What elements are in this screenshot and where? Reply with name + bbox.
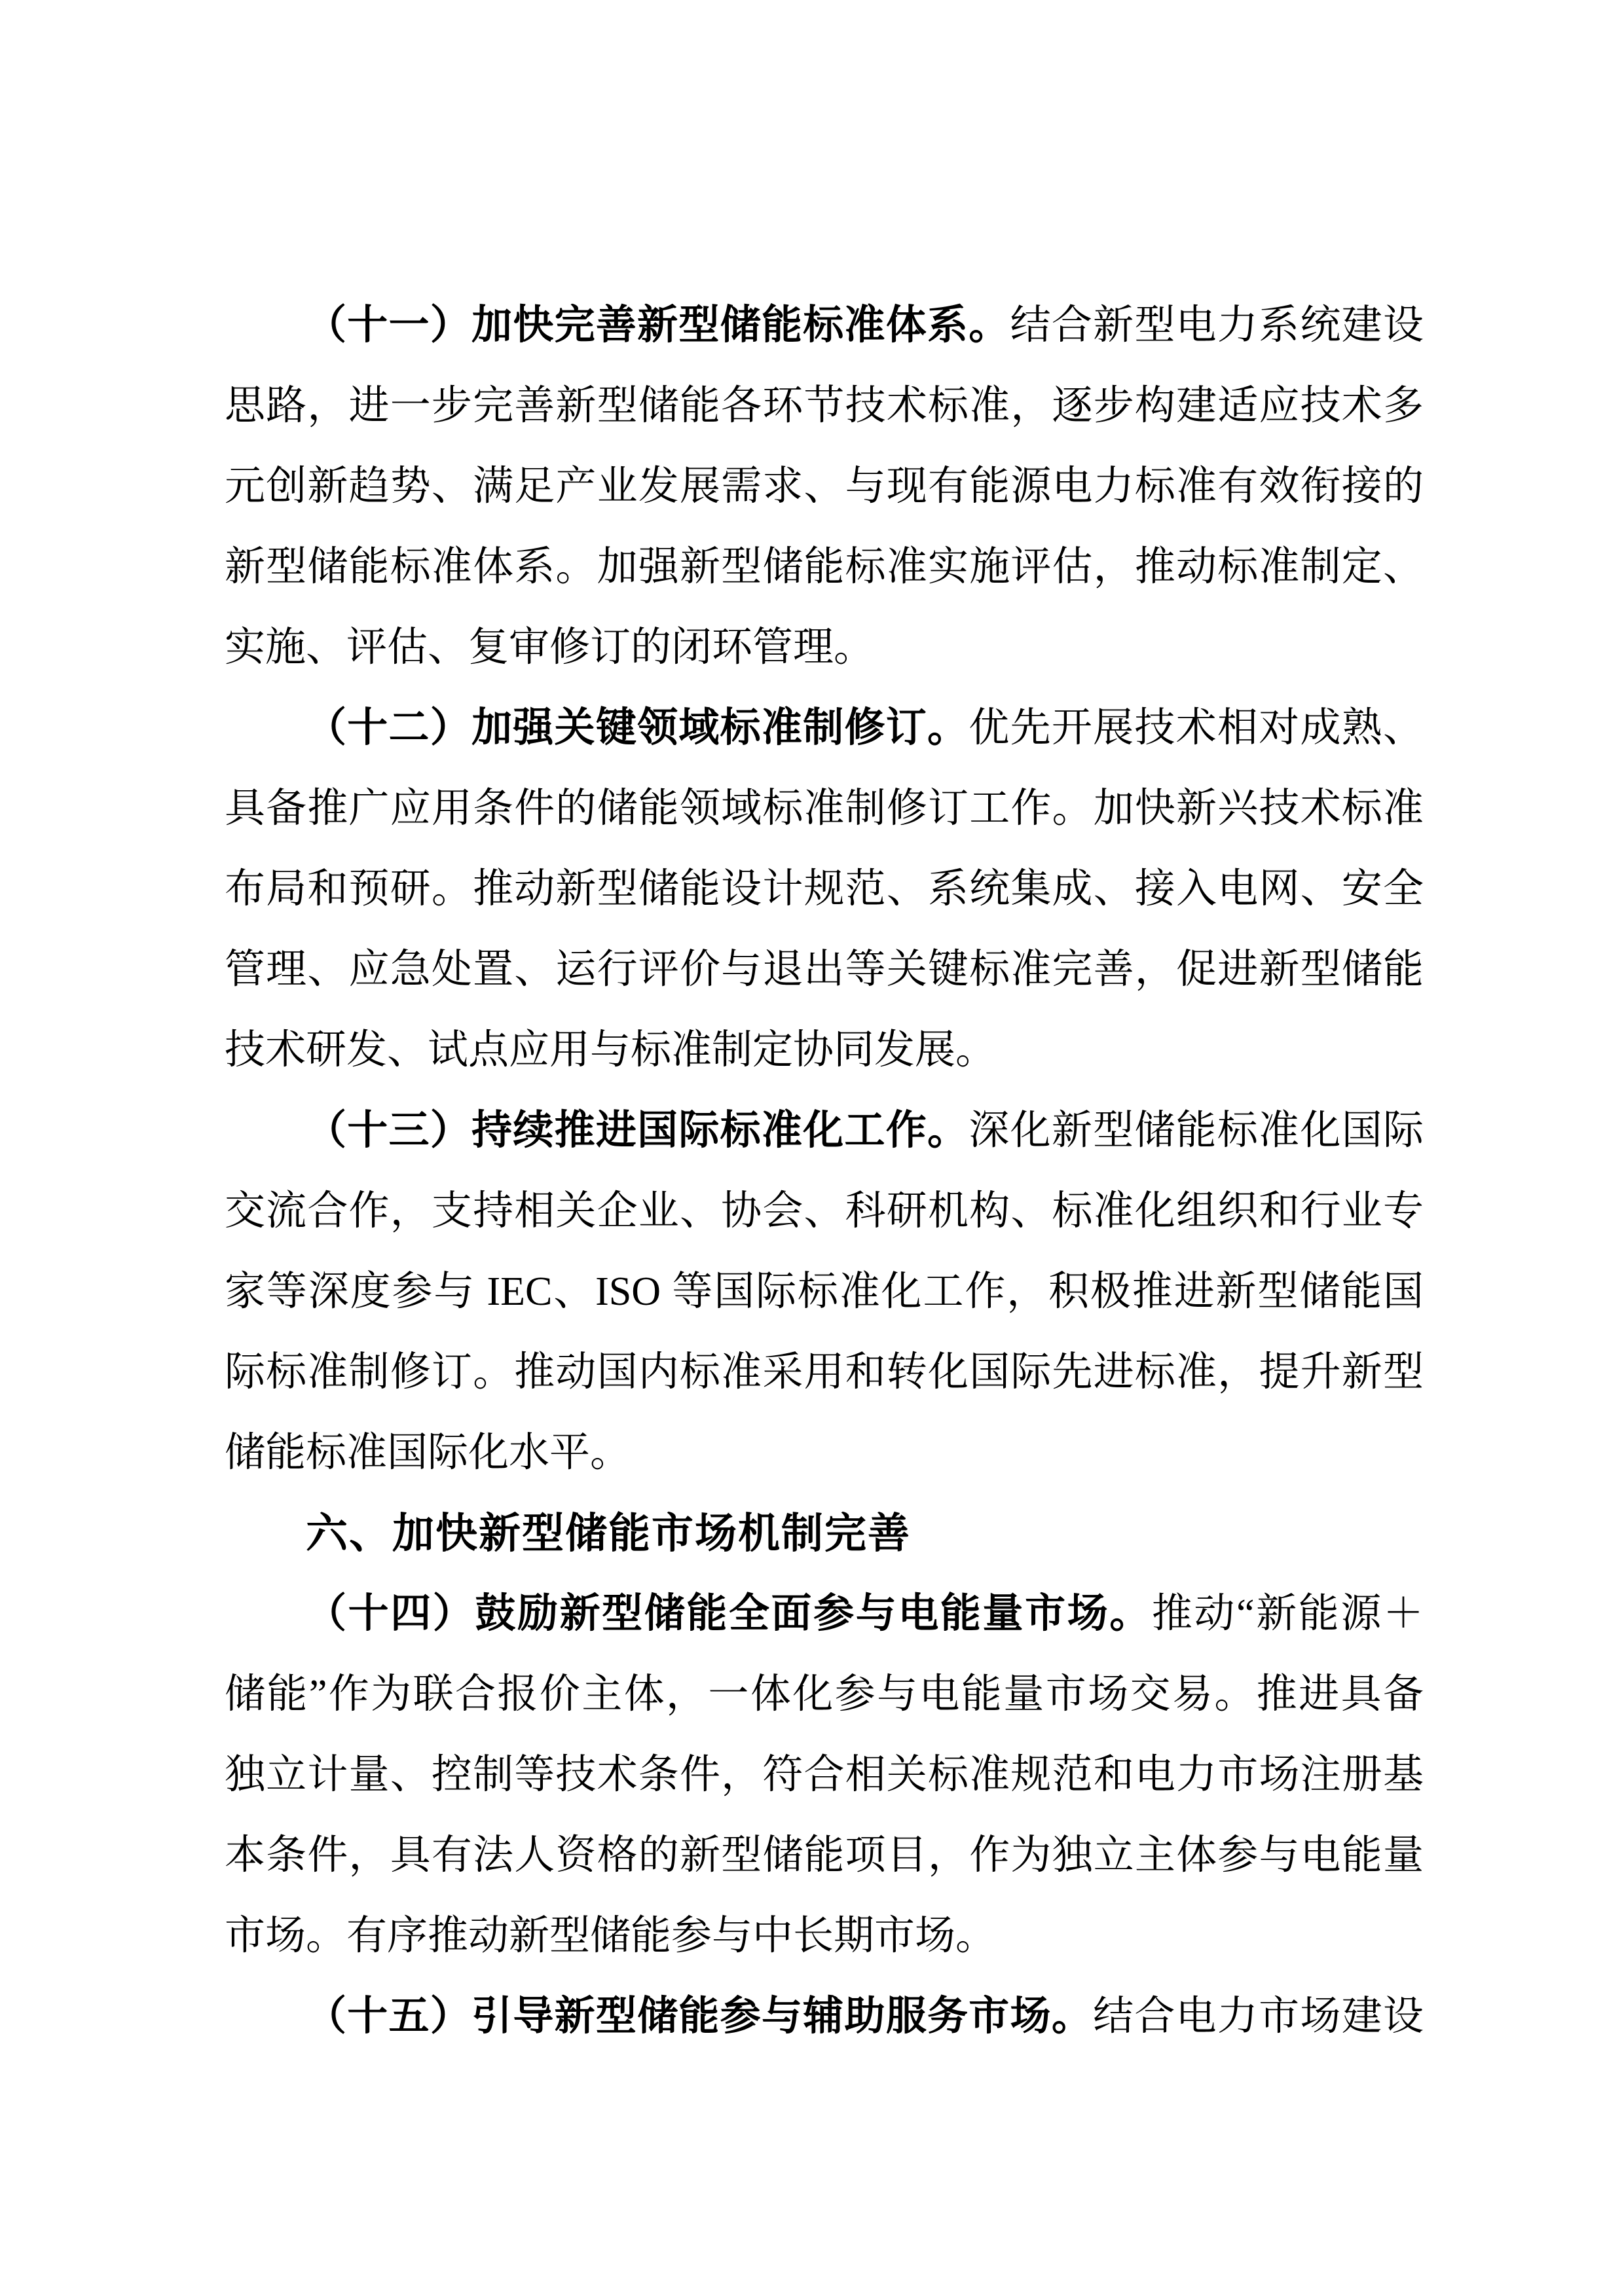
paragraph-lead-text: （十三）持续推进国际标准化工作。 — [306, 1108, 969, 1153]
paragraph-body-text: 交流合作，支持相关企业、协会、科研机构、标准化组织和行业专 — [225, 1189, 1424, 1233]
paragraph-body-text: 具备推广应用条件的储能领域标准制修订工作。加快新兴技术标准 — [225, 786, 1424, 831]
paragraph-body-text: 储能标准国际化水平。 — [225, 1430, 631, 1475]
paragraph-body-text: 技术研发、试点应用与标准制定协同发展。 — [225, 1028, 996, 1072]
para-14-line-2: 储能”作为联合报价主体，一体化参与电能量市场交易。推进具备 — [225, 1654, 1424, 1735]
para-11-line-5: 实施、评估、复审修订的闭环管理。 — [225, 608, 1424, 688]
paragraph-body-text: 结合新型电力系统建设 — [1010, 303, 1424, 348]
paragraph-lead-text: （十四）鼓励新型储能全面参与电能量市场。 — [306, 1592, 1152, 1636]
paragraph-body-text: 市场。有序推动新型储能参与中长期市场。 — [225, 1914, 996, 1958]
para-11-line-3: 元创新趋势、满足产业发展需求、与现有能源电力标准有效衔接的 — [225, 446, 1424, 527]
document-text-block: （十一）加快完善新型储能标准体系。结合新型电力系统建设思路，进一步完善新型储能各… — [225, 285, 1424, 2057]
paragraph-body-text: 本条件，具有法人资格的新型储能项目，作为独立主体参与电能量 — [225, 1833, 1424, 1878]
paragraph-body-text: 家等深度参与 IEC、ISO 等国际标准化工作，积极推进新型储能国 — [225, 1269, 1424, 1314]
para-11-line-4: 新型储能标准体系。加强新型储能标准实施评估，推动标准制定、 — [225, 527, 1424, 608]
para-13-line-2: 交流合作，支持相关企业、协会、科研机构、标准化组织和行业专 — [225, 1171, 1424, 1252]
paragraph-body-text: 结合电力市场建设 — [1093, 1994, 1424, 2039]
para-12-line-1: （十二）加强关键领域标准制修订。优先开展技术相对成熟、 — [225, 688, 1424, 769]
para-12-line-2: 具备推广应用条件的储能领域标准制修订工作。加快新兴技术标准 — [225, 769, 1424, 849]
paragraph-body-text: 优先开展技术相对成熟、 — [969, 706, 1424, 750]
section-heading-6: 六、加快新型储能市场机制完善 — [225, 1493, 1424, 1574]
para-12-line-3: 布局和预研。推动新型储能设计规范、系统集成、接入电网、安全 — [225, 849, 1424, 930]
para-13-line-3: 家等深度参与 IEC、ISO 等国际标准化工作，积极推进新型储能国 — [225, 1252, 1424, 1332]
para-14-line-3: 独立计量、控制等技术条件，符合相关标准规范和电力市场注册基 — [225, 1735, 1424, 1815]
para-14-line-5: 市场。有序推动新型储能参与中长期市场。 — [225, 1896, 1424, 1977]
para-14-line-1: （十四）鼓励新型储能全面参与电能量市场。推动“新能源＋ — [225, 1574, 1424, 1654]
paragraph-body-text: 推动“新能源＋ — [1152, 1592, 1424, 1636]
paragraph-body-text: 深化新型储能标准化国际 — [969, 1108, 1424, 1153]
paragraph-body-text: 管理、应急处置、运行评价与退出等关键标准完善，促进新型储能 — [225, 947, 1424, 992]
paragraph-lead-text: （十二）加强关键领域标准制修订。 — [306, 706, 969, 750]
paragraph-body-text: 元创新趋势、满足产业发展需求、与现有能源电力标准有效衔接的 — [225, 464, 1424, 509]
paragraph-lead-text: （十一）加快完善新型储能标准体系。 — [306, 303, 1010, 348]
para-12-line-5: 技术研发、试点应用与标准制定协同发展。 — [225, 1010, 1424, 1091]
para-15-line-1: （十五）引导新型储能参与辅助服务市场。结合电力市场建设 — [225, 1977, 1424, 2057]
document-page: （十一）加快完善新型储能标准体系。结合新型电力系统建设思路，进一步完善新型储能各… — [0, 0, 1624, 2296]
para-11-line-1: （十一）加快完善新型储能标准体系。结合新型电力系统建设 — [225, 285, 1424, 366]
para-14-line-4: 本条件，具有法人资格的新型储能项目，作为独立主体参与电能量 — [225, 1815, 1424, 1896]
paragraph-body-text: 思路，进一步完善新型储能各环节技术标准，逐步构建适应技术多 — [225, 384, 1424, 428]
paragraph-body-text: 新型储能标准体系。加强新型储能标准实施评估，推动标准制定、 — [225, 545, 1424, 589]
para-11-line-2: 思路，进一步完善新型储能各环节技术标准，逐步构建适应技术多 — [225, 366, 1424, 446]
paragraph-lead-text: （十五）引导新型储能参与辅助服务市场。 — [306, 1994, 1093, 2039]
para-13-line-4: 际标准制修订。推动国内标准采用和转化国际先进标准，提升新型 — [225, 1332, 1424, 1413]
paragraph-body-text: 布局和预研。推动新型储能设计规范、系统集成、接入电网、安全 — [225, 867, 1424, 911]
paragraph-body-text: 实施、评估、复审修订的闭环管理。 — [225, 625, 874, 670]
paragraph-body-text: 独立计量、控制等技术条件，符合相关标准规范和电力市场注册基 — [225, 1753, 1424, 1797]
paragraph-body-text: 际标准制修订。推动国内标准采用和转化国际先进标准，提升新型 — [225, 1350, 1424, 1394]
paragraph-body-text: 储能”作为联合报价主体，一体化参与电能量市场交易。推进具备 — [225, 1672, 1424, 1717]
para-13-line-1: （十三）持续推进国际标准化工作。深化新型储能标准化国际 — [225, 1091, 1424, 1171]
para-13-line-5: 储能标准国际化水平。 — [225, 1413, 1424, 1493]
para-12-line-4: 管理、应急处置、运行评价与退出等关键标准完善，促进新型储能 — [225, 930, 1424, 1010]
